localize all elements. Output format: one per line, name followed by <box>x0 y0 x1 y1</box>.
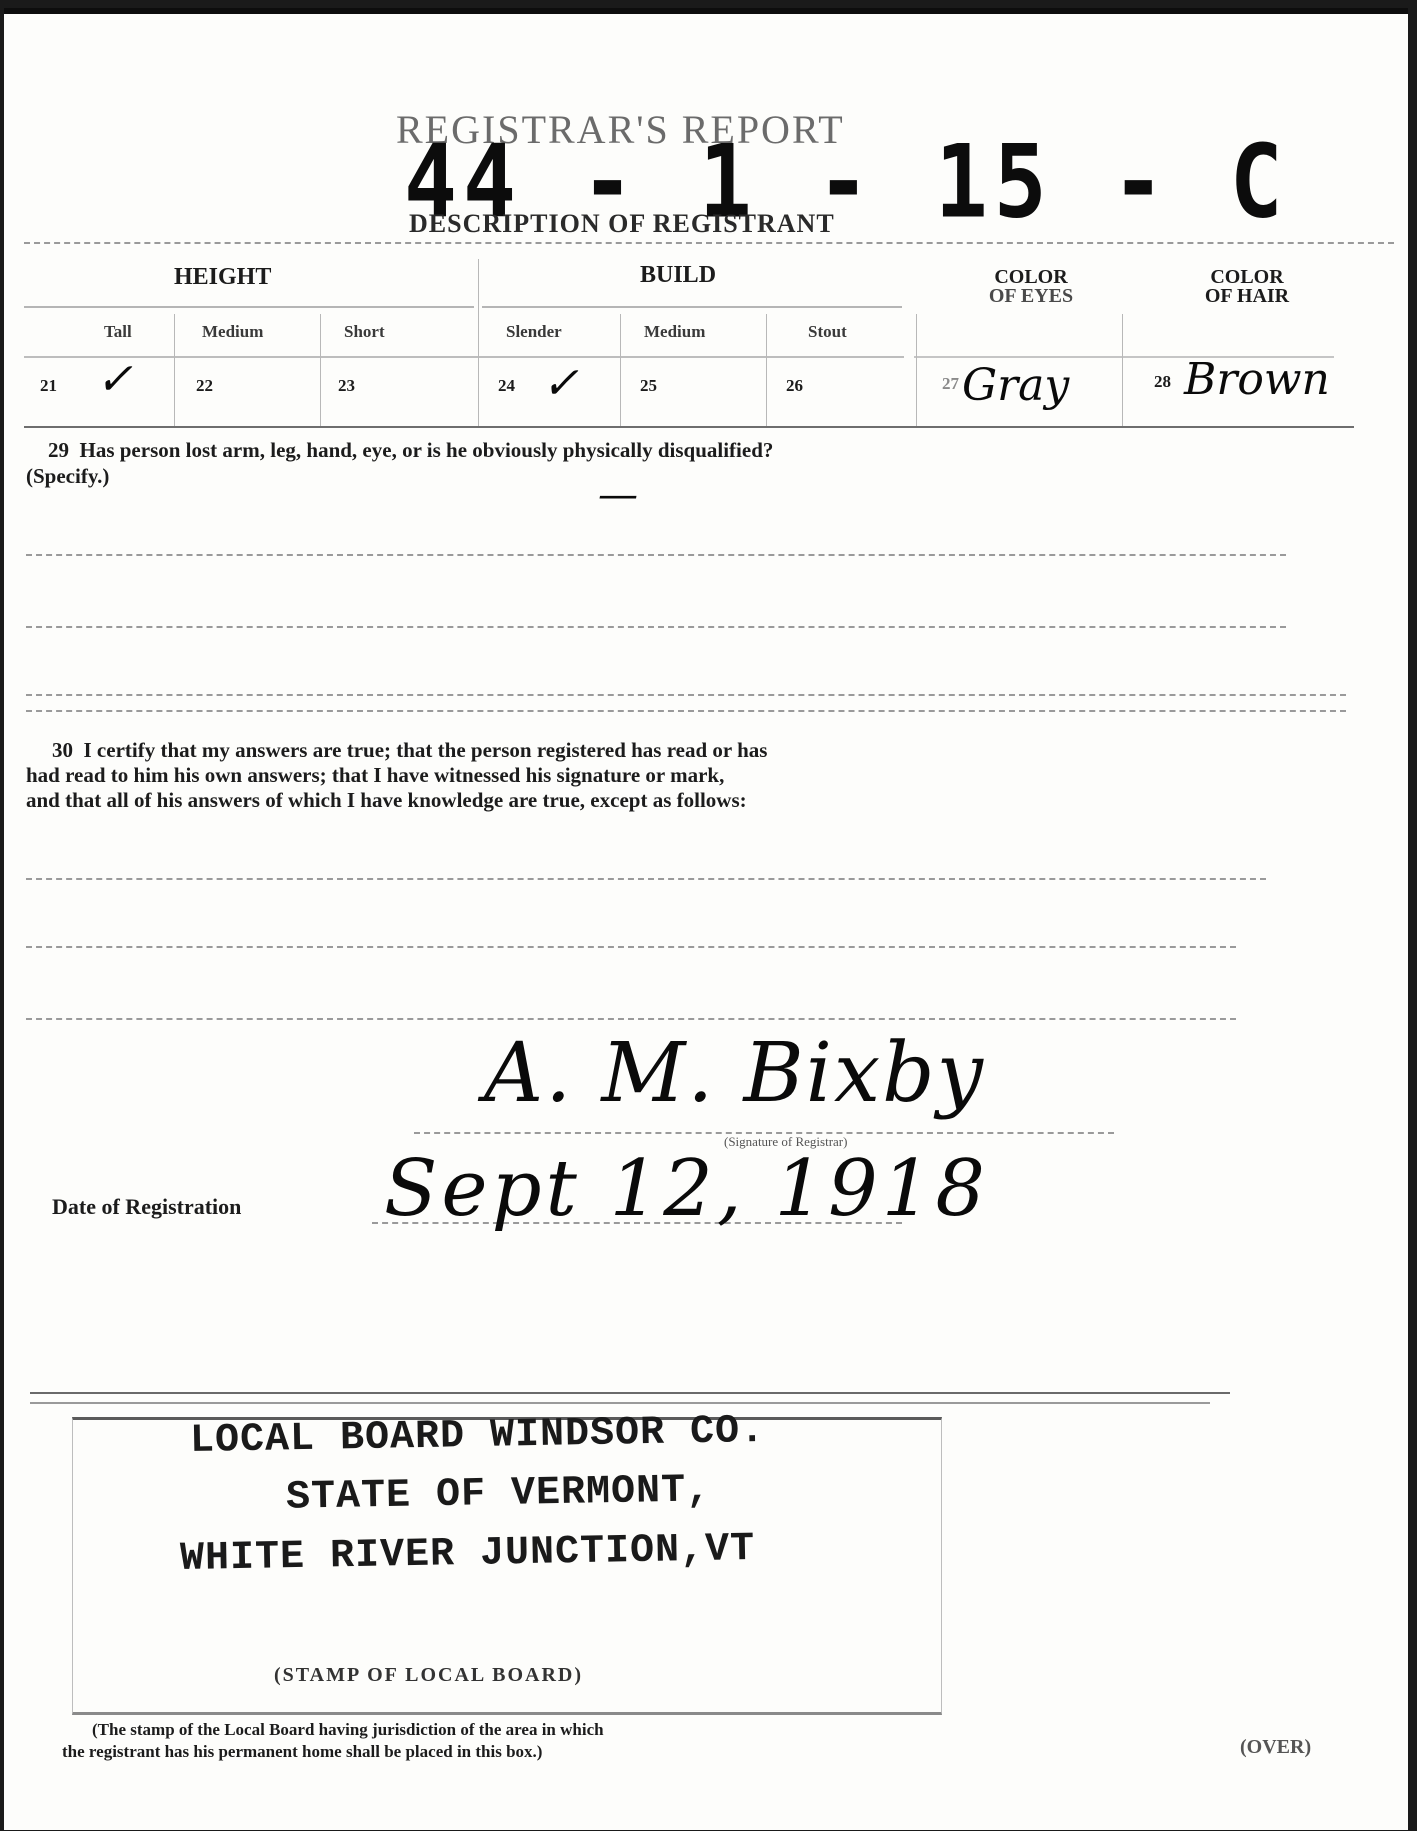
build-group-label: BUILD <box>640 262 716 289</box>
height-tall-checkmark: ✓ <box>96 354 133 405</box>
section-subtitle: DESCRIPTION OF REGISTRANT <box>409 209 835 239</box>
stamp-instruction-line-2: the registrant has his permanent home sh… <box>62 1742 542 1762</box>
registration-card-back: REGISTRAR'S REPORT 44 - 1 - 15 - C DESCR… <box>4 8 1408 1830</box>
height-medium-label: Medium <box>202 322 263 342</box>
height-short-label: Short <box>344 322 385 342</box>
build-slender-checkmark: ✓ <box>542 358 579 409</box>
eye-color-value: Gray <box>962 360 1069 411</box>
stamp-line-2: STATE OF VERMONT, <box>286 1468 712 1520</box>
build-slender-label: Slender <box>506 322 562 342</box>
specify-label: (Specify.) <box>26 464 109 489</box>
registrar-signature: A. M. Bixby <box>484 1026 985 1121</box>
question-29-answer: — <box>598 472 638 518</box>
date-of-registration-label: Date of Registration <box>52 1194 241 1220</box>
height-group-label: HEIGHT <box>174 264 271 291</box>
stamp-caption: (STAMP OF LOCAL BOARD) <box>274 1664 583 1687</box>
build-stout-label: Stout <box>808 322 847 342</box>
over-indicator: (OVER) <box>1240 1736 1311 1759</box>
hair-label: COLOR OF HAIR <box>1182 266 1312 308</box>
height-tall-label: Tall <box>104 322 132 342</box>
build-medium-label: Medium <box>644 322 705 342</box>
header-divider <box>24 242 1394 244</box>
stamp-instruction-line-1: (The stamp of the Local Board having jur… <box>92 1720 604 1740</box>
hair-color-value: Brown <box>1184 354 1330 405</box>
date-of-registration-value: Sept 12, 1918 <box>384 1144 989 1234</box>
eyes-label: COLOR OF EYES <box>976 266 1086 308</box>
question-29-text: Has person lost arm, leg, hand, eye, or … <box>80 438 774 462</box>
